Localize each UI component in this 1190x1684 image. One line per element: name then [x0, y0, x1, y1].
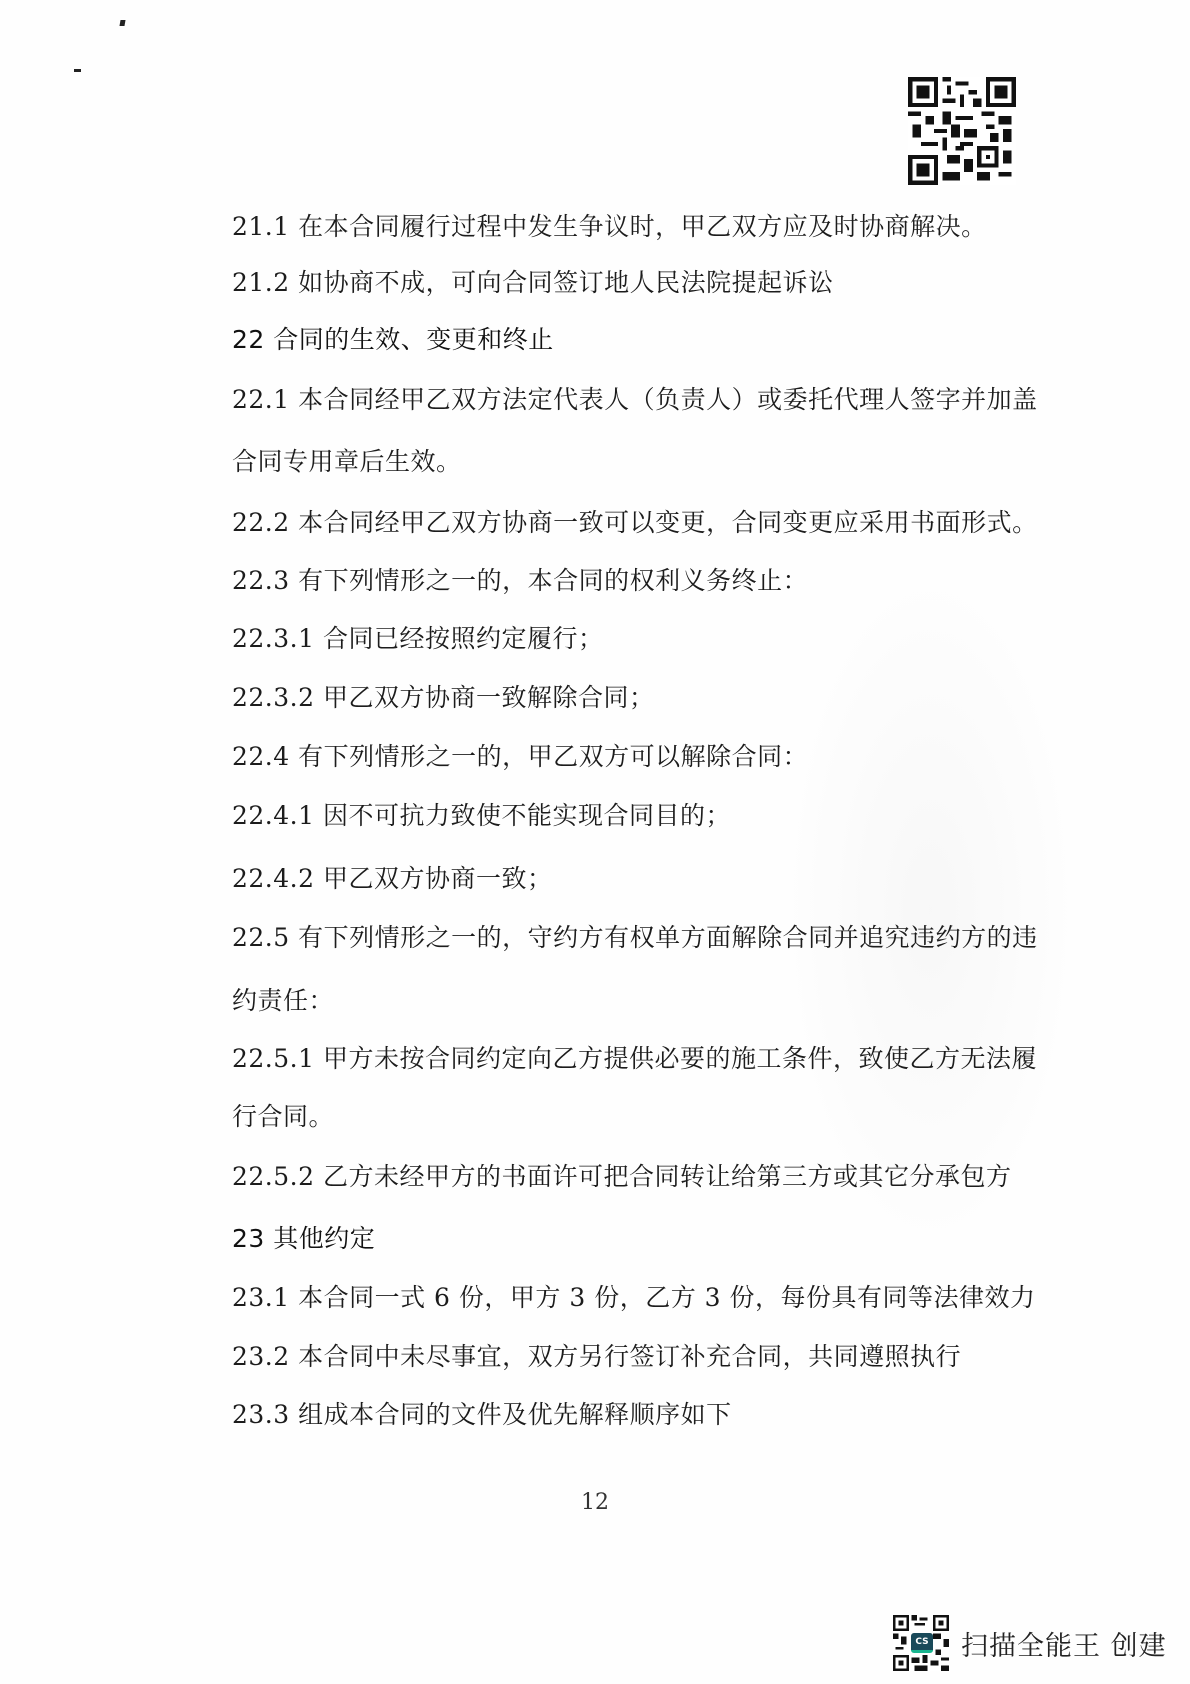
clause-22-3: 22.3 有下列情形之一的，本合同的权利义务终止： [232, 566, 808, 596]
camscanner-logo-icon: CS [911, 1633, 933, 1653]
clause-22-5: 22.5 有下列情形之一的，守约方有权单方面解除合同并追究违约方的违 [232, 923, 1038, 953]
scan-artifact-mark [74, 69, 81, 72]
clause-22-4-1: 22.4.1 因不可抗力致使不能实现合同目的； [232, 801, 731, 831]
clause-23-1: 23.1 本合同一式 6 份，甲方 3 份，乙方 3 份，每份具有同等法律效力 [232, 1283, 1036, 1313]
clause-22-5-continuation: 约责任： [232, 986, 334, 1016]
scan-shading [780, 560, 1080, 1260]
clause-22-4: 22.4 有下列情形之一的，甲乙双方可以解除合同： [232, 742, 808, 772]
section-heading-23: 23 其他约定 [232, 1224, 375, 1254]
section-heading-22: 22 合同的生效、变更和终止 [232, 325, 554, 355]
clause-22-5-2: 22.5.2 乙方未经甲方的书面许可把合同转让给第三方或其它分承包方 [232, 1162, 1011, 1192]
clause-22-3-2: 22.3.2 甲乙双方协商一致解除合同； [232, 683, 654, 713]
qr-code-icon [908, 77, 1016, 185]
clause-22-1: 22.1 本合同经甲乙双方法定代表人（负责人）或委托代理人签字并加盖 [232, 385, 1038, 415]
clause-22-3-1: 22.3.1 合同已经按照约定履行； [232, 624, 603, 654]
clause-22-5-1-continuation: 行合同。 [232, 1102, 334, 1132]
clause-22-1-continuation: 合同专用章后生效。 [232, 447, 462, 477]
clause-22-4-2: 22.4.2 甲乙双方协商一致； [232, 864, 552, 894]
clause-21-1: 21.1 在本合同履行过程中发生争议时，甲乙双方应及时协商解决。 [232, 212, 987, 242]
clause-21-2: 21.2 如协商不成，可向合同签订地人民法院提起诉讼 [232, 268, 834, 298]
scanner-watermark: CS 扫描全能王 创建 [893, 1613, 1167, 1673]
clause-23-2: 23.2 本合同中未尽事宜，双方另行签订补充合同，共同遵照执行 [232, 1342, 961, 1372]
watermark-qr-code-icon: CS [893, 1615, 949, 1671]
scan-artifact-mark [119, 20, 125, 26]
clause-22-2: 22.2 本合同经甲乙双方协商一致可以变更，合同变更应采用书面形式。 [232, 508, 1038, 538]
watermark-text: 扫描全能王 创建 [961, 1624, 1167, 1663]
page-number: 12 [0, 1490, 1190, 1515]
clause-22-5-1: 22.5.1 甲方未按合同约定向乙方提供必要的施工条件，致使乙方无法履 [232, 1044, 1037, 1074]
document-page: 21.1 在本合同履行过程中发生争议时，甲乙双方应及时协商解决。 21.2 如协… [0, 0, 1190, 1684]
clause-23-3: 23.3 组成本合同的文件及优先解释顺序如下 [232, 1400, 732, 1430]
